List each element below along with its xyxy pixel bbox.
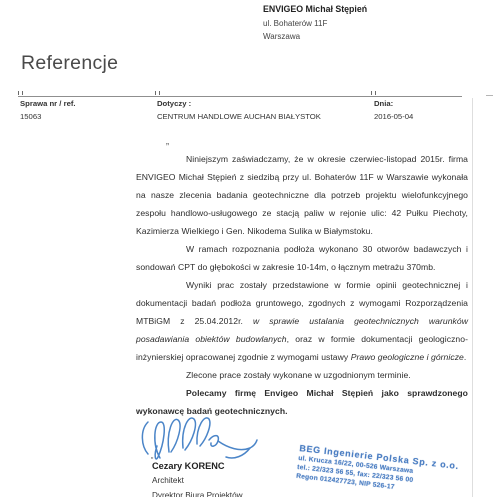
header-rule <box>18 96 462 97</box>
signatory-role: Architekt <box>152 476 184 485</box>
date-label: Dnia: <box>374 99 413 108</box>
meta-reference: Sprawa nr / ref. 15063 <box>20 99 76 121</box>
body-paragraph-mark: „ <box>166 136 169 146</box>
meta-subject: Dotyczy : CENTRUM HANDLOWE AUCHAN BIAŁYS… <box>157 99 321 121</box>
column-tick-ref <box>18 91 23 95</box>
letter-body: Niniejszym zaświadczamy, że w okresie cz… <box>136 150 468 420</box>
signatory-name: Cezary KORENC <box>152 461 225 471</box>
paragraph-4: Zlecone prace zostały wykonane w uzgodni… <box>136 366 468 384</box>
paragraph-3-italic-law: Prawo geologiczne i górnicze <box>351 352 464 362</box>
letterhead-company: ENVIGEO Michał Stępień <box>263 3 367 17</box>
subject-label: Dotyczy : <box>157 99 321 108</box>
column-tick-subject <box>155 91 160 95</box>
letterhead: ENVIGEO Michał Stępień ul. Bohaterów 11F… <box>263 3 367 44</box>
signatory-mark: „ <box>151 453 153 460</box>
column-tick-date <box>371 91 376 95</box>
letterhead-city: Warszawa <box>263 30 367 44</box>
reference-letter-page: ENVIGEO Michał Stępień ul. Bohaterów 11F… <box>0 0 497 497</box>
paragraph-1: Niniejszym zaświadczamy, że w okresie cz… <box>136 150 468 240</box>
reference-label: Sprawa nr / ref. <box>20 99 76 108</box>
date-value: 2016-05-04 <box>374 112 413 121</box>
reference-number: 15063 <box>20 112 76 121</box>
scan-page-edge-line <box>472 98 473 497</box>
paragraph-3-period: . <box>464 352 466 362</box>
letterhead-street: ul. Bohaterów 11F <box>263 17 367 31</box>
signatory-role-2-clipped: Dyrektor Biura Projektów <box>152 491 243 497</box>
subject-value: CENTRUM HANDLOWE AUCHAN BIAŁYSTOK <box>157 112 321 121</box>
page-title: Referencje <box>21 52 118 75</box>
paragraph-2: W ramach rozpoznania podłoża wykonano 30… <box>136 240 468 276</box>
meta-date: Dnia: 2016-05-04 <box>374 99 413 121</box>
paragraph-3: Wyniki prac zostały przedstawione w form… <box>136 276 468 366</box>
company-stamp: BEG Ingenierie Polska Sp. z o.o. ul. Kru… <box>296 443 460 497</box>
header-rule-end-dash <box>486 95 493 96</box>
